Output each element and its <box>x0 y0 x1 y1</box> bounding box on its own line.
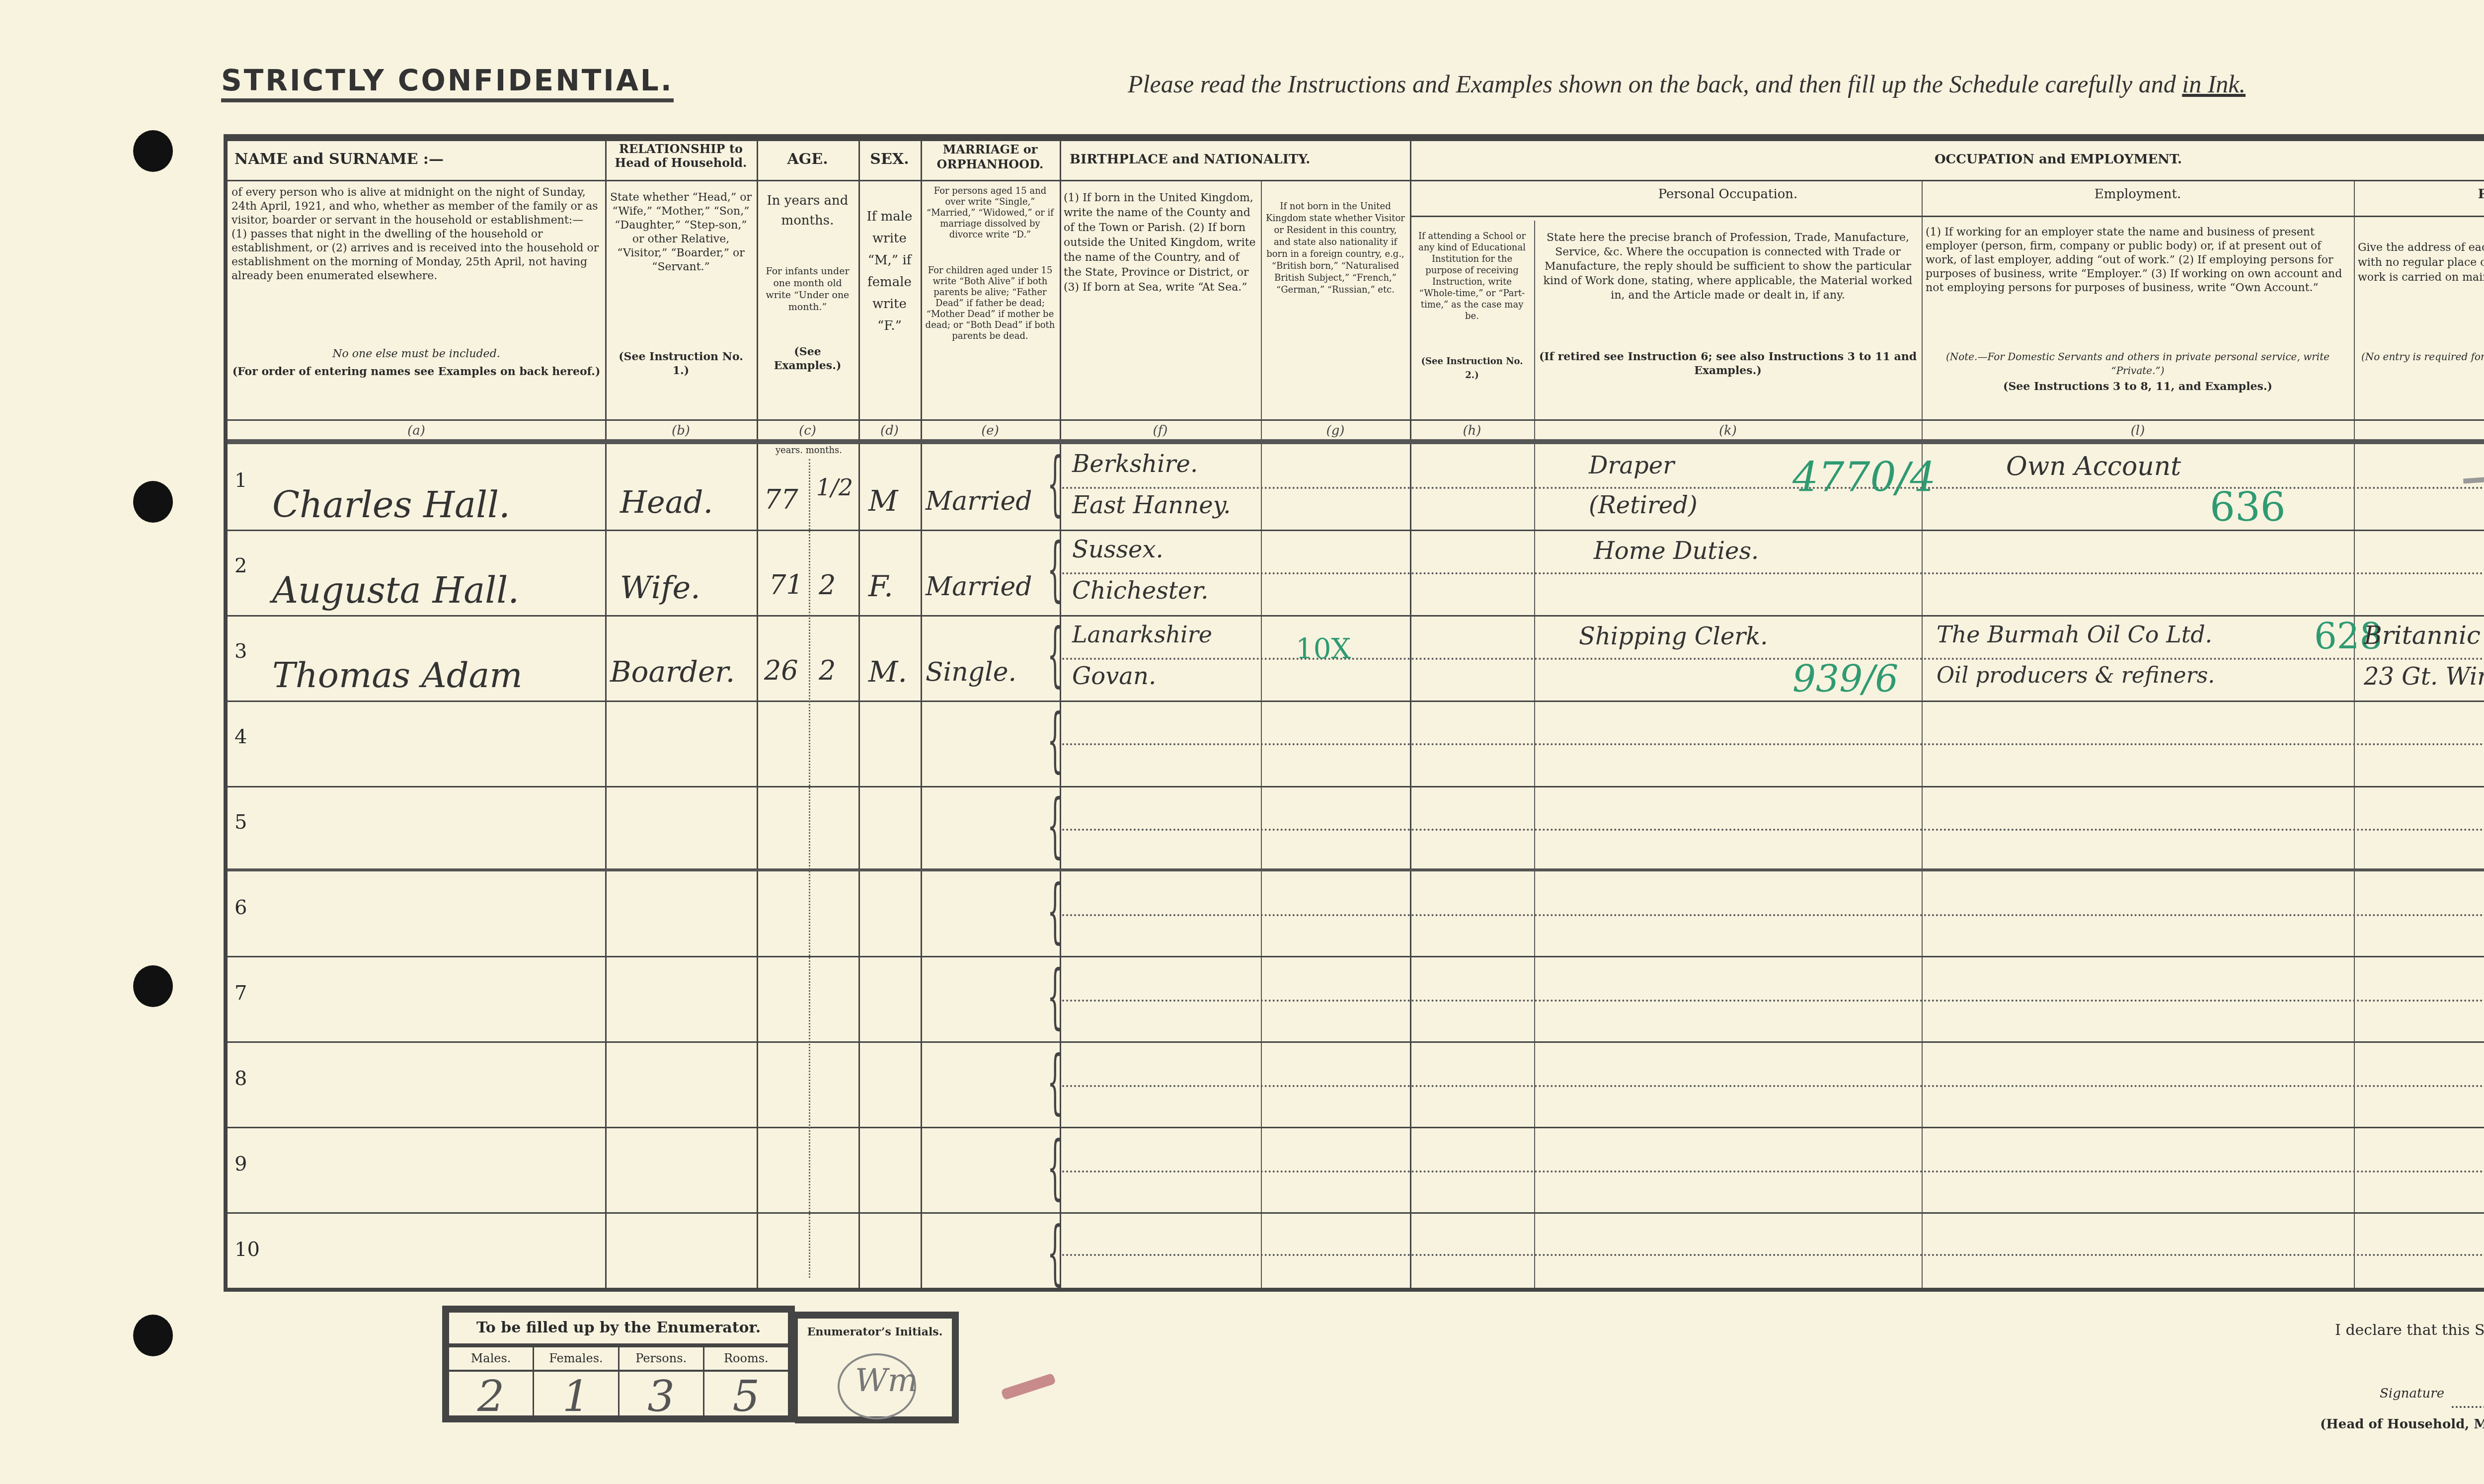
row1-name[interactable]: Charles Hall. <box>272 484 510 526</box>
instructions-line: Please read the Instructions and Example… <box>1128 70 2246 98</box>
row2-marriage[interactable]: Married <box>926 572 1032 602</box>
row2-sex[interactable]: F. <box>868 569 893 603</box>
col-letter-m: (m) <box>2354 423 2484 438</box>
col-d-body: If male write “M,” if female write “F.” <box>858 206 921 337</box>
row1-relationship[interactable]: Head. <box>620 484 713 520</box>
row-number: 10 <box>234 1238 260 1261</box>
col-a-footer: (For order of entering names see Example… <box>228 365 605 379</box>
initials-value[interactable]: Wm <box>855 1362 918 1399</box>
females-value[interactable]: 1 <box>534 1372 618 1421</box>
col-letter-f: (f) <box>1060 423 1261 438</box>
punch-hole <box>133 130 173 172</box>
col-m-note: (No entry is required for any person who… <box>2354 350 2484 364</box>
row-number: 6 <box>234 896 247 919</box>
row3-workplace-line2[interactable]: 23 Gt. Winchester St <box>2364 663 2484 691</box>
enumerator-initials-box: Enumerator’s Initials. Wm <box>795 1312 959 1423</box>
row1-age-years[interactable]: 77 <box>764 484 798 515</box>
col-h-footer: (See Instruction No. 2.) <box>1410 355 1534 383</box>
punch-hole <box>133 1315 173 1356</box>
col-e-heading: MARRIAGE or ORPHANHOOD. <box>921 142 1060 172</box>
col-h-body: If attending a School or any kind of Edu… <box>1410 231 1534 322</box>
col-letter-e: (e) <box>921 423 1060 438</box>
col-b-heading: RELATIONSHIP to Head of Household. <box>605 142 757 170</box>
col-letter-c: (c) <box>757 423 858 438</box>
initials-label: Enumerator’s Initials. <box>798 1326 952 1338</box>
row1-birth-county[interactable]: Berkshire. <box>1072 450 1198 478</box>
red-pencil-mark <box>1001 1373 1056 1401</box>
col-g-body: If not born in the United Kingdom state … <box>1261 201 1410 296</box>
signature-label: Signature <box>2380 1386 2444 1401</box>
row1-sex[interactable]: M <box>868 484 898 518</box>
row3-age-years[interactable]: 26 <box>764 655 798 686</box>
row3-name[interactable]: Thomas Adam <box>272 655 523 696</box>
row-number: 3 <box>234 640 247 663</box>
col-e-sub: For children aged under 15 write “Both A… <box>921 265 1060 342</box>
row3-birth-county[interactable]: Lanarkshire <box>1072 621 1212 648</box>
row-number: 1 <box>234 469 247 492</box>
col-letter-h: (h) <box>1410 423 1534 438</box>
males-cell: Males.2 <box>449 1347 533 1415</box>
row1-marriage[interactable]: Married <box>926 486 1032 516</box>
row1-employment-code: 636 <box>2210 484 2286 530</box>
persons-value[interactable]: 3 <box>620 1372 703 1421</box>
row1-birth-town[interactable]: East Hanney. <box>1072 491 1231 519</box>
row1-occupation-code: 4770/4 <box>1792 454 1936 501</box>
row-number: 2 <box>234 554 247 577</box>
col-a-note: No one else must be included. <box>228 347 605 361</box>
row2-name[interactable]: Augusta Hall. <box>272 569 519 611</box>
punch-hole <box>133 965 173 1007</box>
enumerator-box-title: To be filled up by the Enumerator. <box>449 1313 788 1347</box>
col-k-footer: (If retired see Instruction 6; see also … <box>1534 350 1922 378</box>
row2-birth-town[interactable]: Chichester. <box>1072 577 1208 605</box>
page-title: STRICTLY CONFIDENTIAL. <box>221 64 674 102</box>
occupation-heading: OCCUPATION and EMPLOYMENT. <box>1410 151 2484 168</box>
col-l-heading: Employment. <box>1922 186 2354 203</box>
col-m-heading: Place of Work. <box>2354 186 2484 203</box>
col-letter-b: (b) <box>605 423 757 438</box>
col-k-body: State here the precise branch of Profess… <box>1534 231 1922 303</box>
instructions-emphasis: in Ink. <box>2182 70 2246 98</box>
row3-marriage[interactable]: Single. <box>926 657 1016 687</box>
rooms-value[interactable]: 5 <box>704 1372 788 1421</box>
col-l-body: (1) If working for an employer state the… <box>1922 226 2354 295</box>
row3-employer-business[interactable]: Oil producers & refiners. <box>1937 663 2215 688</box>
signature-line <box>2452 1406 2484 1408</box>
age-units-label: years. months. <box>762 445 856 456</box>
col-m-body: Give the address of each person’s place … <box>2354 240 2484 285</box>
col-a-body: of every person who is alive at midnight… <box>228 186 605 283</box>
col-e-body: For persons aged 15 and over write “Sing… <box>921 186 1060 240</box>
col-c-sub: For infants under one month old write “U… <box>757 265 858 313</box>
row2-relationship[interactable]: Wife. <box>620 569 700 606</box>
instructions-text: Please read the Instructions and Example… <box>1128 70 2182 98</box>
col-c-body: In years and months. <box>757 191 858 231</box>
col-c-footer: (See Examples.) <box>757 345 858 373</box>
row3-employer[interactable]: The Burmah Oil Co Ltd. <box>1937 621 2212 648</box>
row3-age-months[interactable]: 2 <box>819 655 836 686</box>
col-b-body: State whether “Head,” or “Wife,” “Mother… <box>605 191 757 274</box>
col-l-note: (Note.—For Domestic Servants and others … <box>1922 350 2354 378</box>
row3-workplace-line1[interactable]: Britannic House <box>2364 621 2484 650</box>
row-number: 9 <box>234 1153 247 1175</box>
col-letter-l: (l) <box>1922 423 2354 438</box>
row3-occupation[interactable]: Shipping Clerk. <box>1579 623 1768 650</box>
row3-birth-town[interactable]: Govan. <box>1072 662 1156 690</box>
col-k-heading: Personal Occupation. <box>1534 186 1922 203</box>
col-d-heading: SEX. <box>858 151 921 168</box>
row1-employment[interactable]: Own Account <box>2006 452 2181 481</box>
row-number: 7 <box>234 982 247 1005</box>
rooms-cell: Rooms.5 <box>703 1347 788 1415</box>
row2-age-years[interactable]: 71 <box>769 569 803 601</box>
enumerator-totals-box: To be filled up by the Enumerator. Males… <box>442 1306 795 1422</box>
row3-nationality-code: 10X <box>1296 633 1351 665</box>
col-letter-a: (a) <box>228 423 605 438</box>
row2-birth-county[interactable]: Sussex. <box>1072 536 1164 563</box>
row2-age-months[interactable]: 2 <box>819 569 836 601</box>
census-schedule-table: NAME and SURNAME :— of every person who … <box>224 134 2484 1292</box>
col-letter-d: (d) <box>858 423 921 438</box>
punch-hole <box>133 481 173 523</box>
birthplace-heading: BIRTHPLACE and NATIONALITY. <box>1060 151 1410 168</box>
row-number: 8 <box>234 1067 247 1090</box>
signature-caption: (Head of Household, Manager of Establish… <box>2320 1417 2484 1432</box>
females-cell: Females.1 <box>533 1347 618 1415</box>
col-letter-k: (k) <box>1534 423 1922 438</box>
col-b-footer: (See Instruction No. 1.) <box>605 350 757 378</box>
col-c-heading: AGE. <box>757 151 858 168</box>
row1-occupation[interactable]: Draper <box>1589 452 1674 479</box>
row3-sex[interactable]: M. <box>868 655 907 689</box>
males-value[interactable]: 2 <box>449 1372 533 1421</box>
col-l-footer: (See Instructions 3 to 8, 11, and Exampl… <box>1922 380 2354 393</box>
col-f-body: (1) If born in the United Kingdom, write… <box>1060 191 1261 295</box>
declaration-text: I declare that this Schedule is correctl… <box>2335 1322 2484 1339</box>
row-number: 4 <box>234 725 247 748</box>
row-number: 5 <box>234 811 247 834</box>
col-a-heading: NAME and SURNAME :— <box>228 151 605 168</box>
row2-occupation[interactable]: Home Duties. <box>1594 537 1759 565</box>
row1-occupation-retired[interactable]: (Retired) <box>1589 491 1698 519</box>
row3-relationship[interactable]: Boarder. <box>610 655 735 689</box>
persons-cell: Persons.3 <box>618 1347 703 1415</box>
row3-occupation-code: 939/6 <box>1792 658 1898 701</box>
row1-age-months[interactable]: 1/2 <box>816 474 853 501</box>
col-letter-g: (g) <box>1261 423 1410 438</box>
row1-workplace-dash <box>2463 468 2484 484</box>
